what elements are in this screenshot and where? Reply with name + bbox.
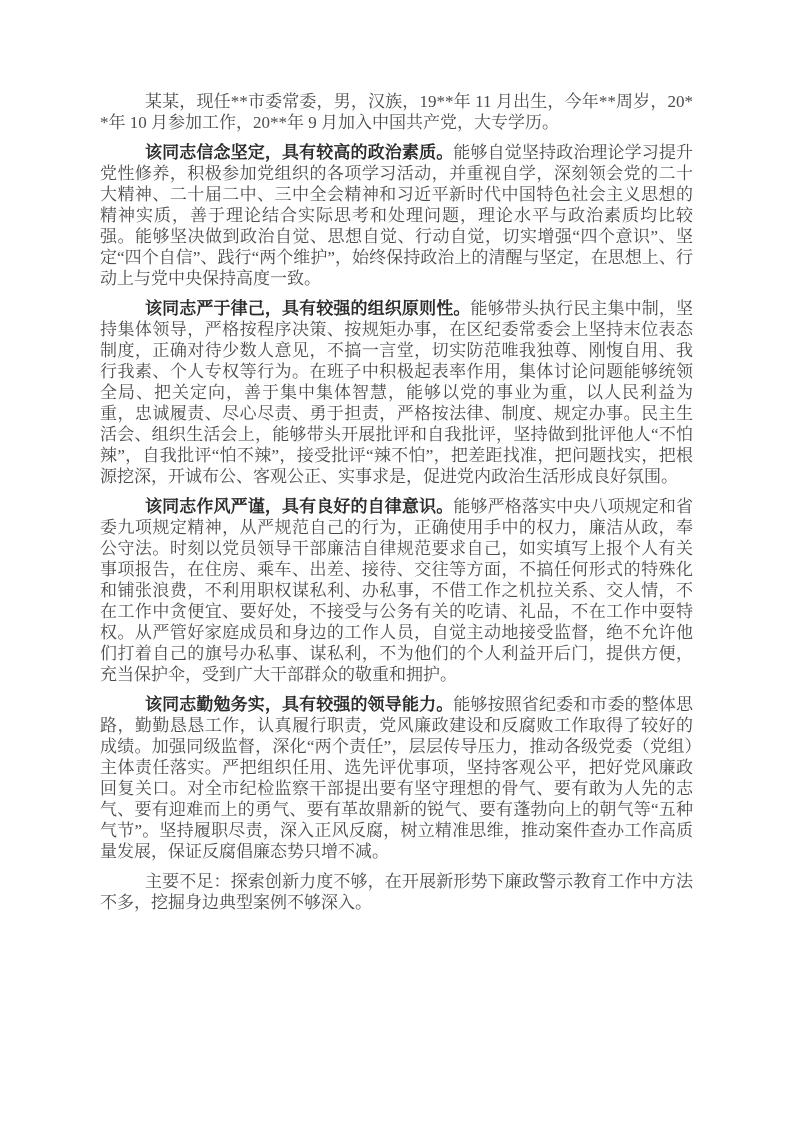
paragraph-text: 能够按照省纪委和市委的整体思路，勤勤恳恳工作，认真履行职责，党风廉政建设和反腐败…: [100, 695, 693, 861]
paragraph-text: 能够带头执行民主集中制，坚持集体领导，严格按程序决策、按规矩办事，在区纪委常委会…: [100, 299, 693, 486]
paragraph-shortcomings: 主要不足：探索创新力度不够，在开展新形势下廉政警示教育工作中方法不多，挖掘身边典…: [100, 871, 693, 913]
paragraph-self-discipline: 该同志作风严谨，具有良好的自律意识。能够严格落实中央八项规定和省委九项规定精神，…: [100, 496, 693, 685]
paragraph-political-quality: 该同志信念坚定，具有较高的政治素质。能够自觉坚持政治理论学习提升党性修养，积极参…: [100, 142, 693, 289]
paragraph-text: 能够自觉坚持政治理论学习提升党性修养，积极参加党组织的各项学习活动，并重视自学，…: [100, 143, 693, 288]
paragraph-text: 主要不足：探索创新力度不够，在开展新形势下廉政警示教育工作中方法不多，挖掘身边典…: [100, 872, 693, 912]
paragraph-text: 能够严格落实中央八项规定和省委九项规定精神，从严规范自己的行为，正确使用手中的权…: [100, 497, 693, 684]
paragraph-intro: 某某，现任**市委常委，男，汉族，19**年 11 月出生，今年**周岁，20*…: [100, 91, 693, 133]
paragraph-organizational-discipline: 该同志严于律己，具有较强的组织原则性。能够带头执行民主集中制，坚持集体领导，严格…: [100, 298, 693, 487]
paragraph-lead: 该同志勤勉务实，具有较强的领导能力。: [145, 695, 453, 714]
document-body: 某某，现任**市委常委，男，汉族，19**年 11 月出生，今年**周岁，20*…: [100, 91, 693, 913]
paragraph-lead: 该同志严于律己，具有较强的组织原则性。: [145, 299, 470, 318]
paragraph-lead: 该同志作风严谨，具有良好的自律意识。: [145, 497, 453, 516]
document-page: 某某，现任**市委常委，男，汉族，19**年 11 月出生，今年**周岁，20*…: [0, 0, 793, 1122]
paragraph-text: 某某，现任**市委常委，男，汉族，19**年 11 月出生，今年**周岁，20*…: [100, 92, 693, 132]
paragraph-lead: 该同志信念坚定，具有较高的政治素质。: [145, 143, 453, 162]
paragraph-leadership-ability: 该同志勤勉务实，具有较强的领导能力。能够按照省纪委和市委的整体思路，勤勤恳恳工作…: [100, 694, 693, 862]
